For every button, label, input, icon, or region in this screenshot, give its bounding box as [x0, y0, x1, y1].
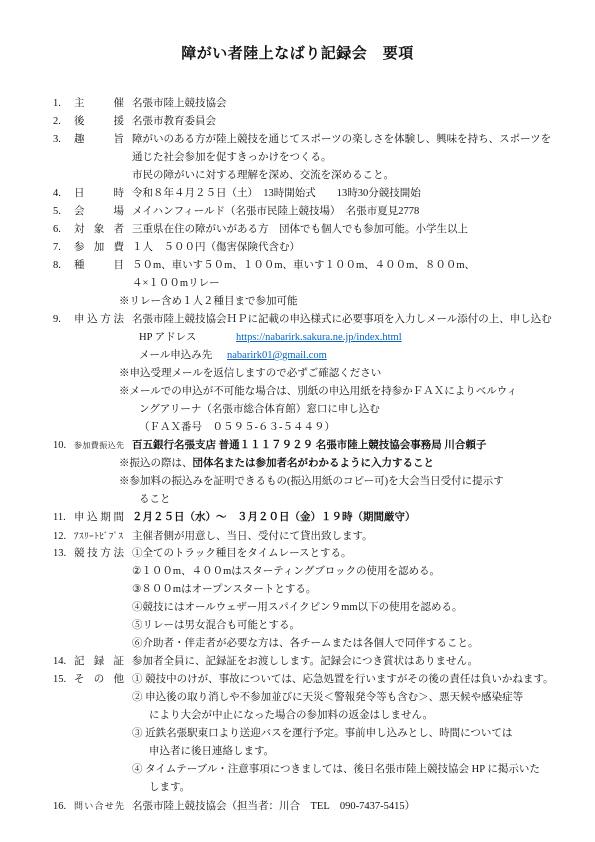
item-13-method-6: ⑥介助者・伴走者が必要な方は、各チームまたは各個人で同伴すること。	[132, 635, 479, 653]
item-14-row: 14. 記録証 参加者全員に、記録証をお渡しします。記録会につき賞状はありません…	[0, 653, 595, 671]
item-13-method-1: ①全てのトラック種目をタイムレースとする。	[132, 545, 352, 563]
item-8-row: 8. 種目 ５０m、車いす５０m、１００m、車いす１００m、４００m、８００m、	[0, 257, 595, 275]
item-15-note-3: ③ 近鉄名張駅東口より送迎バスを運行予定。事前申し込みとし、時間については	[132, 725, 512, 743]
item-16-row: 16. 問い合せ先 名張市陸上競技協会（担当者：川合 TEL 090-7437-…	[0, 797, 595, 815]
item-5-number: 5.	[53, 203, 74, 221]
item-3-label: 趣旨	[74, 131, 124, 149]
item-1-number: 1.	[53, 95, 74, 113]
item-3-cont-row: 通じた社会参加を促すきっかけをつくる。	[0, 149, 595, 167]
item-2-row: 2. 後援 名張市教育委員会	[0, 113, 595, 131]
item-13-method-5: ⑤リレーは男女混合も可能とする。	[132, 617, 300, 635]
item-9-number: 9.	[53, 311, 74, 329]
item-15-row: 15. その他 ① 競技中のけが、事故については、応急処置を行いますがその後の責…	[0, 671, 595, 689]
mail-address-row: メール申込み先 nabarirk01@gmail.com	[0, 347, 595, 365]
hp-address-link[interactable]: https://nabarirk.sakura.ne.jp/index.html	[236, 329, 402, 347]
item-2-text: 名張市教育委員会	[132, 113, 216, 131]
item-14-label: 記録証	[74, 653, 124, 671]
item-15-label: その他	[74, 671, 124, 689]
item-15-note-row: ④ タイムテーブル・注意事項につきましては、後日名張市陸上競技協会 HP に掲示…	[0, 761, 595, 779]
item-3-number: 3.	[53, 131, 74, 149]
item-12-row: 12. ｱｽﾘｰﾄﾋﾞﾌﾞｽ 主催者側が用意し、当日、受付にて貸出致します。	[0, 527, 595, 545]
item-12-label: ｱｽﾘｰﾄﾋﾞﾌﾞｽ	[74, 527, 124, 545]
item-13-method-row: ②１００m、４００mはスターティングブロックの使用を認める。	[0, 563, 595, 581]
item-1-label: 主催	[74, 95, 124, 113]
item-14-number: 14.	[53, 653, 74, 671]
item-8-cont-row: ４×１００mリレー	[0, 275, 595, 293]
item-12-text: 主催者側が用意し、当日、受付にて貸出致します。	[132, 528, 373, 546]
item-9-row: 9. 申込方法 名張市陸上競技協会ＨＰに記載の申込様式に必要事項を入力しメール添…	[0, 311, 595, 329]
item-2-label: 後援	[74, 113, 124, 131]
item-9-note-2-cont-row: ングアリーナ（名張市総合体育館）窓口に申し込む	[0, 401, 595, 419]
item-10-label: 参加費振込先	[74, 437, 124, 455]
item-15-note-1: ① 競技中のけが、事故については、応急処置を行いますがその後の責任は負いかねます…	[132, 671, 554, 689]
item-15-note-4-cont: します。	[149, 779, 190, 797]
item-3-cont-row: 市民の障がいに対する理解を深め、交流を深めること。	[0, 167, 595, 185]
item-16-label: 問い合せ先	[74, 797, 124, 815]
item-3-text-line-2: 通じた社会参加を促すきっかけをつくる。	[132, 149, 332, 167]
item-7-row: 7. 参加費 １人 ５００円（傷害保険代含む）	[0, 239, 595, 257]
document-body: 1. 主催 名張市陸上競技協会 2. 後援 名張市教育委員会 3. 趣旨 障がい…	[0, 95, 595, 815]
item-9-note-2-row: ※メールでの申込が不可能な場合は、別紙の申込用紙を持参かＦＡＸによりベルウィ	[0, 383, 595, 401]
item-10-note-1-row: ※振込の際は、団体名または参加者名がわかるように入力すること	[0, 455, 595, 473]
item-13-number: 13.	[53, 545, 74, 563]
item-13-method-4: ④競技にはオールウェザー用スパイクピン９mm以下の使用を認める。	[132, 599, 463, 617]
item-10-number: 10.	[53, 437, 74, 455]
mail-address-label: メール申込み先	[139, 347, 227, 365]
item-5-label: 会場	[74, 203, 124, 221]
item-7-text: １人 ５００円（傷害保険代含む）	[132, 239, 300, 257]
item-9-note-1-row: ※申込受理メールを返信しますので必ずご確認ください	[0, 365, 595, 383]
item-15-note-2-cont: により大会が中止になった場合の参加料の返金はしません。	[149, 707, 433, 725]
item-16-number: 16.	[53, 798, 74, 816]
item-8-label: 種目	[74, 257, 124, 275]
item-13-method-3: ③８００mはオープンスタートとする。	[132, 581, 316, 599]
item-9-note-2: ※メールでの申込が不可能な場合は、別紙の申込用紙を持参かＦＡＸによりベルウィ	[119, 383, 517, 401]
item-9-note-1: ※申込受理メールを返信しますので必ずご確認ください	[119, 365, 381, 383]
item-15-note-3-cont: 申込者に後日連絡します。	[149, 743, 274, 761]
document-page: 障がい者陸上なばり記録会 要項 1. 主催 名張市陸上競技協会 2. 後援 名張…	[0, 0, 595, 842]
item-4-label: 日時	[74, 185, 124, 203]
item-8-note-row: ※リレー含め１人２種目まで参加可能	[0, 293, 595, 311]
item-15-note-2: ② 申込後の取り消しや不参加並びに天災＜警報発令等も含む＞、悪天候や感染症等	[132, 689, 523, 707]
item-9-text-line-1: 名張市陸上競技協会ＨＰに記載の申込様式に必要事項を入力しメール添付の上、申し込む	[132, 311, 552, 329]
hp-address-label: HP アドレス	[139, 329, 236, 347]
item-11-label: 申込期間	[74, 509, 124, 527]
item-8-text-line-1: ５０m、車いす５０m、１００m、車いす１００m、４００m、８００m、	[132, 257, 475, 275]
item-15-note-4: ④ タイムテーブル・注意事項につきましては、後日名張市陸上競技協会 HP に掲示…	[132, 761, 540, 779]
item-10-note-2-cont: ること	[139, 491, 171, 509]
item-10-row: 10. 参加費振込先 百五銀行名張支店 普通１１１７９２９ 名張市陸上競技協会事…	[0, 437, 595, 455]
item-1-row: 1. 主催 名張市陸上競技協会	[0, 95, 595, 113]
item-5-text: メイハンフィールド（名張市民陸上競技場） 名張市夏見2778	[132, 203, 419, 221]
item-10-note-1-bold: 団体名または参加者名がわかるように入力すること	[193, 455, 435, 473]
item-15-note-cont-row: 申込者に後日連絡します。	[0, 743, 595, 761]
item-11-text: ２月２５日（水）～ ３月２０日（金）１９時（期間厳守）	[132, 509, 416, 527]
item-10-text: 百五銀行名張支店 普通１１１７９２９ 名張市陸上競技協会事務局 川合頼子	[132, 437, 486, 455]
item-13-method-row: ⑤リレーは男女混合も可能とする。	[0, 617, 595, 635]
item-8-number: 8.	[53, 257, 74, 275]
page-title: 障がい者陸上なばり記録会 要項	[0, 0, 595, 63]
item-8-note: ※リレー含め１人２種目まで参加可能	[119, 293, 298, 311]
item-10-note-2-cont-row: ること	[0, 491, 595, 509]
item-14-text: 参加者全員に、記録証をお渡しします。記録会につき賞状はありません。	[132, 653, 478, 671]
item-13-method-row: ④競技にはオールウェザー用スパイクピン９mm以下の使用を認める。	[0, 599, 595, 617]
item-13-row: 13. 競技方法 ①全てのトラック種目をタイムレースとする。	[0, 545, 595, 563]
item-13-method-row: ③８００mはオープンスタートとする。	[0, 581, 595, 599]
item-15-number: 15.	[53, 671, 74, 689]
item-16-text: 名張市陸上競技協会（担当者：川合 TEL 090-7437-5415）	[132, 798, 415, 816]
email-link[interactable]: nabarirk01@gmail.com	[227, 347, 327, 365]
item-5-row: 5. 会場 メイハンフィールド（名張市民陸上競技場） 名張市夏見2778	[0, 203, 595, 221]
item-13-label: 競技方法	[74, 545, 124, 563]
item-10-note-2: ※参加料の振込みを証明できるもの(振込用紙のコピー可)を大会当日受付に提示す	[119, 473, 504, 491]
item-6-number: 6.	[53, 221, 74, 239]
item-2-number: 2.	[53, 113, 74, 131]
fax-number: （ＦＡＸ番号 ０５９５-６３-５４４９）	[139, 419, 335, 437]
item-10-note-1-prefix: ※振込の際は、	[119, 455, 193, 473]
fax-number-row: （ＦＡＸ番号 ０５９５-６３-５４４９）	[0, 419, 595, 437]
item-6-text: 三重県在住の障がいがある方 団体でも個人でも参加可能。小学生以上	[132, 221, 468, 239]
item-9-note-2-cont: ングアリーナ（名張市総合体育館）窓口に申し込む	[139, 401, 380, 419]
item-6-row: 6. 対象者 三重県在住の障がいがある方 団体でも個人でも参加可能。小学生以上	[0, 221, 595, 239]
item-7-number: 7.	[53, 239, 74, 257]
item-8-text-line-2: ４×１００mリレー	[132, 275, 220, 293]
hp-address-row: HP アドレス https://nabarirk.sakura.ne.jp/in…	[0, 329, 595, 347]
item-1-text: 名張市陸上競技協会	[132, 95, 227, 113]
item-4-row: 4. 日時 令和８年４月２５日（土） 13時開始式 13時30分競技開始	[0, 185, 595, 203]
item-15-note-row: ② 申込後の取り消しや不参加並びに天災＜警報発令等も含む＞、悪天候や感染症等	[0, 689, 595, 707]
item-3-text-line-1: 障がいのある方が陸上競技を通じてスポーツの楽しさを体験し、興味を持ち、スポーツを	[132, 131, 551, 149]
item-12-number: 12.	[53, 528, 74, 546]
item-15-note-row: ③ 近鉄名張駅東口より送迎バスを運行予定。事前申し込みとし、時間については	[0, 725, 595, 743]
item-3-text-line-3: 市民の障がいに対する理解を深め、交流を深めること。	[132, 167, 394, 185]
item-15-note-cont-row: します。	[0, 779, 595, 797]
item-11-number: 11.	[53, 509, 74, 527]
item-9-label: 申込方法	[74, 311, 124, 329]
item-15-note-cont-row: により大会が中止になった場合の参加料の返金はしません。	[0, 707, 595, 725]
item-6-label: 対象者	[74, 221, 124, 239]
item-7-label: 参加費	[74, 239, 124, 257]
item-10-note-2-row: ※参加料の振込みを証明できるもの(振込用紙のコピー可)を大会当日受付に提示す	[0, 473, 595, 491]
item-4-text: 令和８年４月２５日（土） 13時開始式 13時30分競技開始	[132, 185, 421, 203]
item-13-method-2: ②１００m、４００mはスターティングブロックの使用を認める。	[132, 563, 440, 581]
item-3-row: 3. 趣旨 障がいのある方が陸上競技を通じてスポーツの楽しさを体験し、興味を持ち…	[0, 131, 595, 149]
item-11-row: 11. 申込期間 ２月２５日（水）～ ３月２０日（金）１９時（期間厳守）	[0, 509, 595, 527]
item-4-number: 4.	[53, 185, 74, 203]
item-13-method-row: ⑥介助者・伴走者が必要な方は、各チームまたは各個人で同伴すること。	[0, 635, 595, 653]
